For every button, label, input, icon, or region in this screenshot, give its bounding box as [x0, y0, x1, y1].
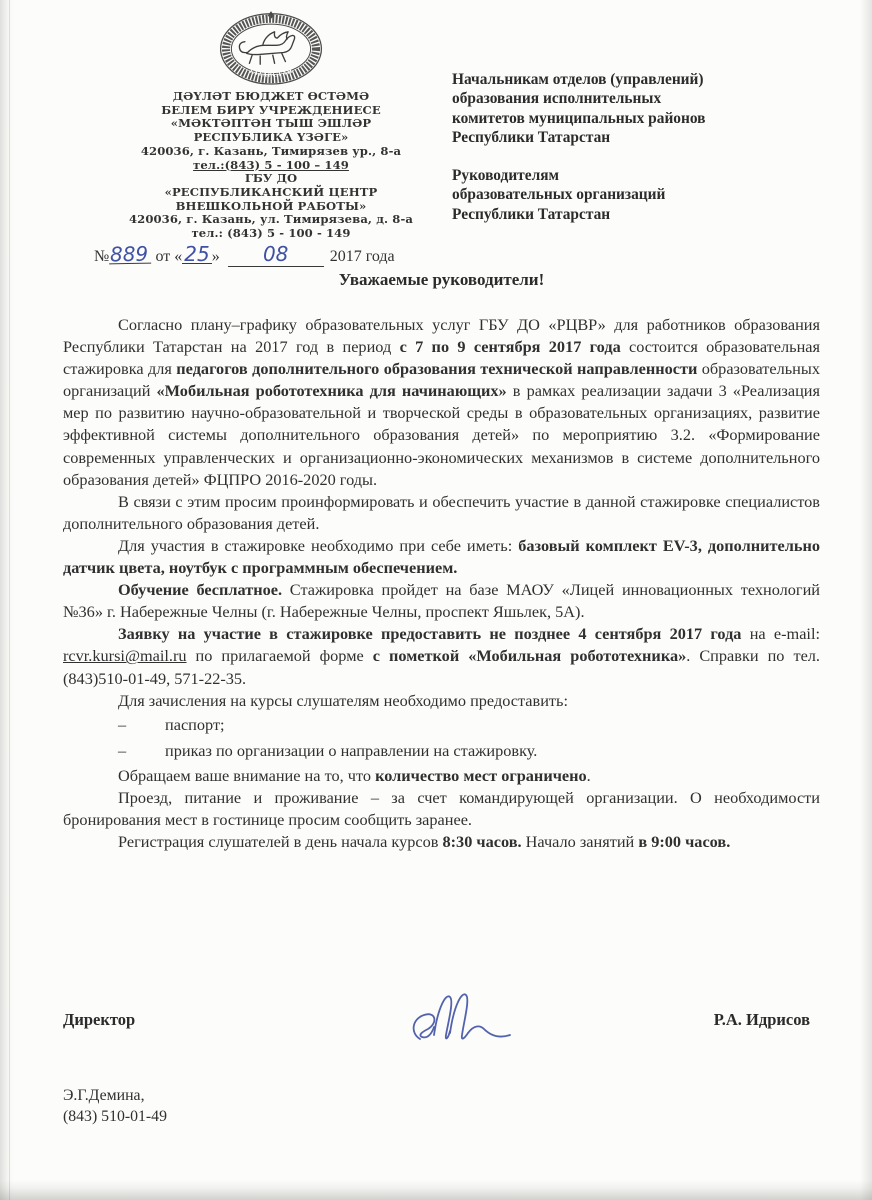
number-sign: № — [94, 248, 109, 265]
body-paragraph: Заявку на участие в стажировке предостав… — [63, 623, 820, 689]
letterhead-line: тел.: (843) 5 - 100 - 149 — [66, 227, 476, 241]
letterhead-line: 420036, г. Казань, ул. Тимирязева, д. 8-… — [66, 213, 476, 227]
list-dash: – — [118, 712, 165, 739]
text-run: приказ по организации о направлении на с… — [165, 741, 537, 760]
body-paragraph: Для зачисления на курсы слушателям необх… — [63, 690, 820, 712]
text-run: Для зачисления на курсы слушателям необх… — [118, 691, 568, 710]
text-run: в 9:00 часов. — [638, 832, 730, 851]
org-name-block: ДӘҮЛӘТ БЮДЖЕТ ӨСТӘМӘБЕЛЕМ БИРҮ УЧРЕЖДЕНИ… — [66, 90, 476, 241]
text-run: количество мест ограничено — [375, 766, 587, 785]
addressees-block: Начальникам отделов (управлений)образова… — [452, 70, 852, 224]
quote-close: » — [212, 248, 220, 265]
year-label: 2017 года — [330, 248, 395, 265]
body-paragraph: Обучение бесплатное. Стажировка пройдет … — [63, 579, 820, 623]
text-run: Заявку на участие в стажировке предостав… — [118, 624, 741, 643]
handwritten-doc-number: 889 — [109, 245, 151, 264]
letterhead-line: РЕСПУБЛИКА ҮЗӘГЕ» — [66, 131, 476, 145]
body-paragraph: В связи с этим просим проинформировать и… — [63, 491, 820, 535]
addressee-group-1: Начальникам отделов (управлений)образова… — [452, 70, 852, 147]
addressee-gap — [452, 147, 852, 166]
list-item: – приказ по организации о направлении на… — [63, 738, 820, 765]
body-paragraph: Согласно плану–графику образовательных у… — [63, 314, 820, 491]
letterhead-line: 420036, г. Казань, Тимирязев ур., 8-а — [66, 145, 476, 159]
text-run: по прилагаемой форме — [187, 646, 373, 665]
salutation: Уважаемые руководители! — [63, 270, 820, 290]
body-paragraph: Регистрация слушателей в день начала кур… — [63, 831, 820, 853]
month-blank-line: 08 — [228, 246, 324, 267]
scan-edge-right — [860, 0, 872, 1200]
letterhead-line: Руководителям — [452, 166, 852, 185]
text-run: «Мобильная робототехника для начинающих» — [157, 381, 507, 400]
date-prefix: от « — [155, 248, 182, 265]
handwritten-day: 25 — [182, 246, 211, 264]
text-run: с 7 по 9 сентября 2017 года — [400, 337, 621, 356]
letterhead-left-column: ТАТАРСТАН ДӘҮЛӘТ БЮДЖЕТ ӨСТӘМӘБЕЛЕМ БИРҮ… — [66, 10, 476, 267]
letterhead-line: образования исполнительных — [452, 89, 852, 108]
executor-name: Э.Г.Демина, — [63, 1085, 167, 1106]
tatarstan-coat-of-arms-icon: ТАТАРСТАН — [217, 10, 325, 86]
signer-name: Р.А. Идрисов — [714, 1010, 810, 1030]
text-run: с пометкой «Мобильная робототехника» — [373, 646, 686, 665]
signature-row: Директор Р.А. Идрисов — [63, 1005, 820, 1075]
scan-edge-line — [9, 0, 10, 1200]
text-run: паспорт; — [165, 715, 225, 734]
letterhead-line: ГБУ ДО — [66, 172, 476, 186]
letterhead-line: «РЕСПУБЛИКАНСКИЙ ЦЕНТР — [66, 186, 476, 200]
text-run: Обращаем ваше внимание на то, что — [118, 766, 375, 785]
letterhead-line: образовательных организаций — [452, 185, 852, 204]
scan-edge-bottom — [0, 1180, 872, 1200]
letterhead-line: «МӘКТӘПТӘН ТЫШ ЭШЛӘР — [66, 117, 476, 131]
letterhead-line: Республики Татарстан — [452, 128, 852, 147]
addressee-group-2: Руководителямобразовательных организаций… — [452, 166, 852, 224]
body-paragraph: Проезд, питание и проживание – за счет к… — [63, 787, 820, 831]
text-run: Обучение бесплатное. — [118, 580, 282, 599]
text-run: педагогов дополнительного образования те… — [176, 359, 697, 378]
handwritten-month: 08 — [263, 246, 288, 262]
text-run: 8:30 часов. — [443, 832, 522, 851]
executor-contact: Э.Г.Демина, (843) 510-01-49 — [63, 1085, 167, 1127]
letterhead-line: Республики Татарстан — [452, 205, 852, 224]
signer-title: Директор — [63, 1010, 135, 1030]
document-number-line: №889 от «25»082017 года — [66, 246, 476, 267]
text-run: В связи с этим просим проинформировать и… — [63, 492, 820, 533]
letterhead-line: тел.:(843) 5 - 100 – 149 — [66, 159, 476, 173]
text-run: Проезд, питание и проживание – за счет к… — [63, 788, 820, 829]
list-item: – паспорт; — [63, 712, 820, 739]
letterhead-line: Начальникам отделов (управлений) — [452, 70, 852, 89]
text-run: . — [587, 766, 591, 785]
executor-phone: (843) 510-01-49 — [63, 1106, 167, 1127]
scan-edge-left — [0, 0, 14, 1200]
body-paragraph: Обращаем ваше внимание на то, что количе… — [63, 765, 820, 787]
text-run: на e-mail: — [741, 624, 820, 643]
text-run: Регистрация слушателей в день начала кур… — [118, 832, 443, 851]
list-dash: – — [118, 738, 165, 765]
body-paragraph: Для участия в стажировке необходимо при … — [63, 535, 820, 579]
text-run: Начало занятий — [522, 832, 639, 851]
letterhead-line: ДӘҮЛӘТ БЮДЖЕТ ӨСТӘМӘ — [66, 90, 476, 104]
text-run: rcvr.kursi@mail.ru — [63, 646, 187, 665]
letterhead-line: БЕЛЕМ БИРҮ УЧРЕЖДЕНИЕСЕ — [66, 104, 476, 118]
letterhead-line: комитетов муниципальных районов — [452, 109, 852, 128]
list-item-text: приказ по организации о направлении на с… — [165, 738, 537, 765]
handwritten-signature — [398, 983, 528, 1073]
scanned-letter-page: ТАТАРСТАН ДӘҮЛӘТ БЮДЖЕТ ӨСТӘМӘБЕЛЕМ БИРҮ… — [0, 0, 872, 1200]
letterhead-line: ВНЕШКОЛЬНОЙ РАБОТЫ» — [66, 200, 476, 214]
text-run: Для участия в стажировке необходимо при … — [118, 536, 518, 555]
letter-body: Согласно плану–графику образовательных у… — [63, 314, 820, 853]
list-item-text: паспорт; — [165, 712, 225, 739]
